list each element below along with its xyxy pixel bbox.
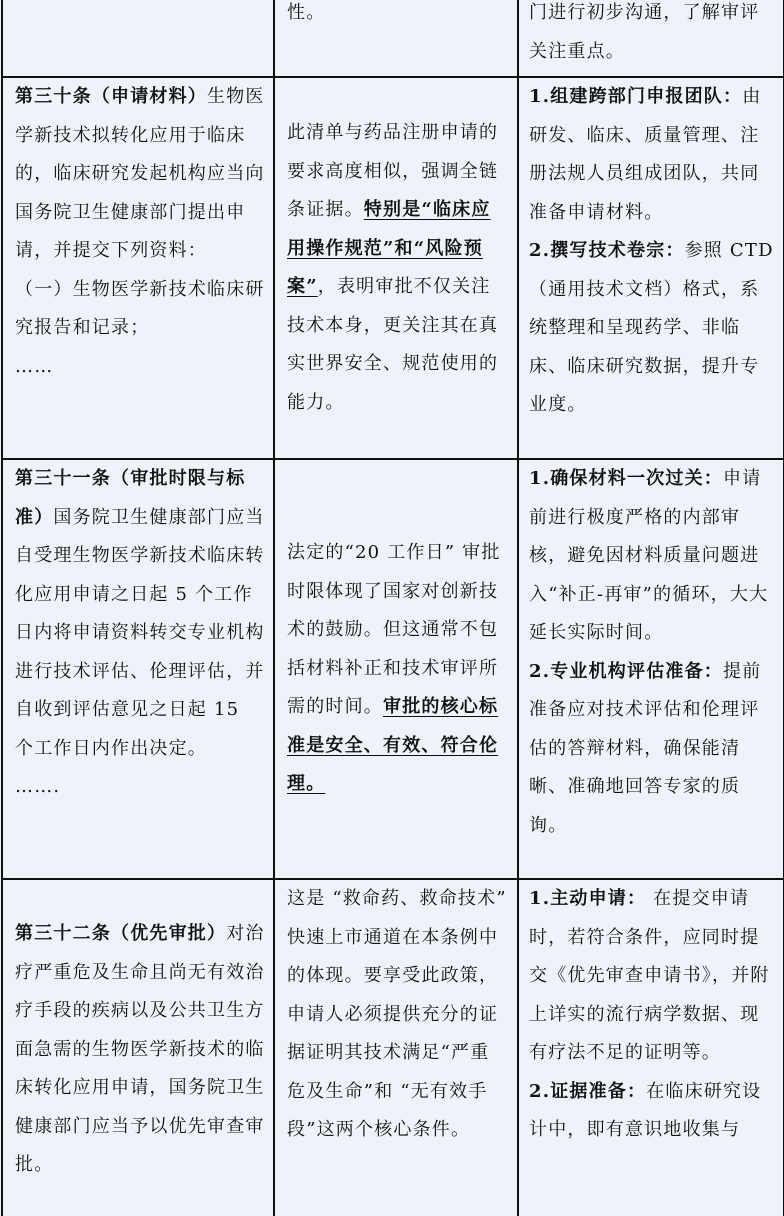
article-title: 第三十条（申请材料） xyxy=(15,86,207,107)
table-row: 性。 门进行初步沟通，了解审评关注重点。 xyxy=(2,0,784,77)
advice-text: 参照 CTD（通用技术文档）格式，系统整理和呈现药学、非临床、临床研究数据，提升… xyxy=(529,240,774,415)
analysis-text: 性。 xyxy=(287,2,325,23)
analysis-text: 这是 “救命药、救命技术” 快速上市通道在本条例中的体现。要享受此政策，申请人必… xyxy=(287,888,507,1140)
article-item: （一）生物医学新技术临床研究报告和记录； xyxy=(15,279,265,339)
advice-label: 2.撰写技术卷宗： xyxy=(529,240,685,261)
article-ellipsis: …… xyxy=(15,356,53,377)
advice-label: 2.专业机构评估准备： xyxy=(529,661,723,682)
article-cell: 第三十二条（优先审批）对治疗严重危及生命且尚无有效治疗手段的疾病以及公共卫生方面… xyxy=(2,879,274,1216)
analysis-cell: 这是 “救命药、救命技术” 快速上市通道在本条例中的体现。要享受此政策，申请人必… xyxy=(274,879,518,1216)
table-row: 第三十二条（优先审批）对治疗严重危及生命且尚无有效治疗手段的疾病以及公共卫生方面… xyxy=(2,879,784,1216)
advice-cell: 1.确保材料一次过关：申请前进行极度严格的内部审核，避免因材料质量问题进入“补正… xyxy=(518,459,784,879)
article-title: 第三十二条（优先审批） xyxy=(15,923,226,944)
article-body: 对治疗严重危及生命且尚无有效治疗手段的疾病以及公共卫生方面急需的生物医学新技术的… xyxy=(15,923,265,1175)
article-cell: 第三十一条（审批时限与标准）国务院卫生健康部门应当自受理生物医学新技术临床转化应… xyxy=(2,459,274,879)
advice-text: 门进行初步沟通，了解审评关注重点。 xyxy=(529,2,759,62)
advice-label: 2.证据准备： xyxy=(529,1081,646,1102)
analysis-cell: 此清单与药品注册申请的要求高度相似，强调全链条证据。特别是“临床应用操作规范”和… xyxy=(274,77,518,459)
analysis-cell: 法定的“20 工作日” 审批时限体现了国家对创新技术的鼓励。但这通常不包括材料补… xyxy=(274,459,518,879)
article-body: 国务院卫生健康部门应当自受理生物医学新技术临床转化应用申请之日起 5 个工作日内… xyxy=(15,507,265,759)
article-ellipsis: ……. xyxy=(15,776,60,797)
advice-cell: 1.组建跨部门申报团队：由研发、临床、质量管理、注册法规人员组成团队，共同准备申… xyxy=(518,77,784,459)
analysis-text: ，表明审批不仅关注技术本身，更关注其在真实世界安全、规范使用的能力。 xyxy=(287,276,498,413)
article-cell: 第三十条（申请材料）生物医学新技术拟转化应用于临床的，临床研究发起机构应当向国务… xyxy=(2,77,274,459)
regulation-analysis-table: 性。 门进行初步沟通，了解审评关注重点。 第三十条（申请材料）生物医学新技术拟转… xyxy=(1,0,784,1216)
article-body: 生物医学新技术拟转化应用于临床的，临床研究发起机构应当向国务院卫生健康部门提出申… xyxy=(15,86,265,261)
article-cell xyxy=(2,0,274,77)
advice-text: 提前准备应对技术评估和伦理评估的答辩材料，确保能清晰、准确地回答专家的质询。 xyxy=(529,661,761,836)
advice-label: 1.确保材料一次过关： xyxy=(529,468,723,489)
advice-label: 1.组建跨部门申报团队： xyxy=(529,86,742,107)
advice-label: 1.主动申请： xyxy=(529,888,646,909)
advice-text: 在提交申请时，若符合条件，应同时提交《优先审查申请书》，并附上详实的流行病学数据… xyxy=(529,888,770,1063)
table-row: 第三十一条（审批时限与标准）国务院卫生健康部门应当自受理生物医学新技术临床转化应… xyxy=(2,459,784,879)
analysis-cell: 性。 xyxy=(274,0,518,77)
table-row: 第三十条（申请材料）生物医学新技术拟转化应用于临床的，临床研究发起机构应当向国务… xyxy=(2,77,784,459)
advice-cell: 1.主动申请： 在提交申请时，若符合条件，应同时提交《优先审查申请书》，并附上详… xyxy=(518,879,784,1216)
advice-text: 申请前进行极度严格的内部审核，避免因材料质量问题进入“补正-再审”的循环，大大延… xyxy=(529,468,768,643)
advice-cell: 门进行初步沟通，了解审评关注重点。 xyxy=(518,0,784,77)
analysis-text: 法定的“20 工作日” 审批时限体现了国家对创新技术的鼓励。但这通常不包括材料补… xyxy=(287,542,501,717)
